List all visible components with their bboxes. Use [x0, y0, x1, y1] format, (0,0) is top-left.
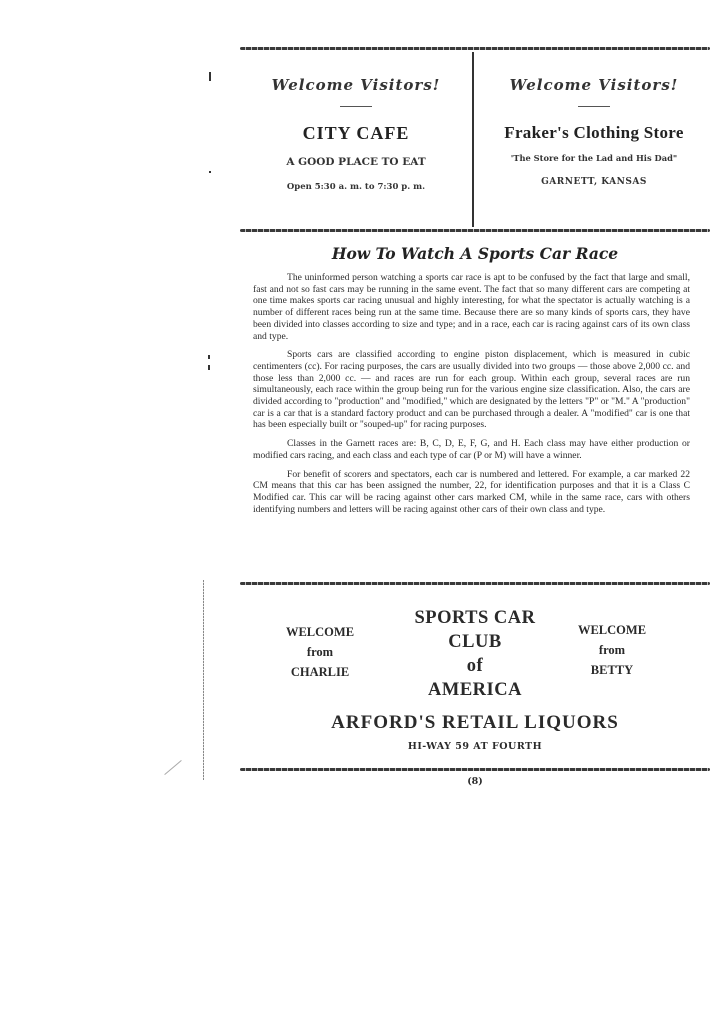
divider — [578, 106, 610, 107]
ad-tagline: A GOOD PLACE TO EAT — [240, 156, 472, 168]
scan-mark — [208, 365, 210, 370]
ad-business-name: ARFORD'S RETAIL LIQUORS — [240, 712, 710, 734]
ad-frakers-clothing: Welcome Visitors! Fraker's Clothing Stor… — [476, 76, 712, 187]
article-paragraph: For benefit of scorers and spectators, e… — [253, 469, 690, 516]
column-divider — [472, 52, 474, 227]
article-title: How To Watch A Sports Car Race — [240, 244, 710, 263]
ad-tagline: 'The Store for the Lad and His Dad" — [476, 153, 712, 163]
top-rule — [240, 47, 710, 50]
article-paragraph: Classes in the Garnett races are: B, C, … — [253, 438, 690, 461]
ad-address: HI-WAY 59 AT FOURTH — [240, 741, 710, 752]
welcome-betty: WELCOME from BETTY — [552, 620, 672, 680]
club-line: CLUB — [380, 630, 570, 654]
article-paragraph: The uninformed person watching a sports … — [253, 272, 690, 342]
article-paragraph: Sports cars are classified according to … — [253, 349, 690, 431]
ad-hours: Open 5:30 a. m. to 7:30 p. m. — [240, 182, 472, 192]
ad-business-name: CITY CAFE — [240, 123, 472, 144]
ad-welcome: Welcome Visitors! — [240, 76, 472, 94]
sports-car-club-of-america: SPORTS CAR CLUB of AMERICA — [380, 606, 570, 702]
scan-margin-line — [203, 580, 204, 780]
scan-mark — [164, 760, 181, 775]
ad-city-cafe: Welcome Visitors! CITY CAFE A GOOD PLACE… — [240, 76, 472, 192]
name-line: CHARLIE — [260, 662, 380, 682]
page-number: (8) — [240, 776, 710, 787]
scan-mark — [208, 355, 210, 359]
article-body: The uninformed person watching a sports … — [253, 272, 690, 522]
section-rule — [240, 582, 710, 585]
section-rule — [240, 229, 710, 232]
ad-welcome: Welcome Visitors! — [476, 76, 712, 94]
ad-arfords-liquors: WELCOME from CHARLIE SPORTS CAR CLUB of … — [240, 600, 710, 760]
welcome-charlie: WELCOME from CHARLIE — [260, 622, 380, 682]
welcome-line: WELCOME — [260, 622, 380, 642]
ad-location: GARNETT, KANSAS — [476, 177, 712, 187]
scan-mark — [209, 72, 211, 81]
club-line: AMERICA — [380, 678, 570, 702]
divider — [340, 106, 372, 107]
from-line: from — [260, 642, 380, 662]
name-line: BETTY — [552, 660, 672, 680]
bottom-rule — [240, 768, 710, 771]
welcome-line: WELCOME — [552, 620, 672, 640]
from-line: from — [552, 640, 672, 660]
club-line: SPORTS CAR — [380, 606, 570, 630]
club-line: of — [380, 654, 570, 678]
ad-business-name: Fraker's Clothing Store — [476, 123, 712, 143]
scan-mark — [209, 171, 211, 173]
